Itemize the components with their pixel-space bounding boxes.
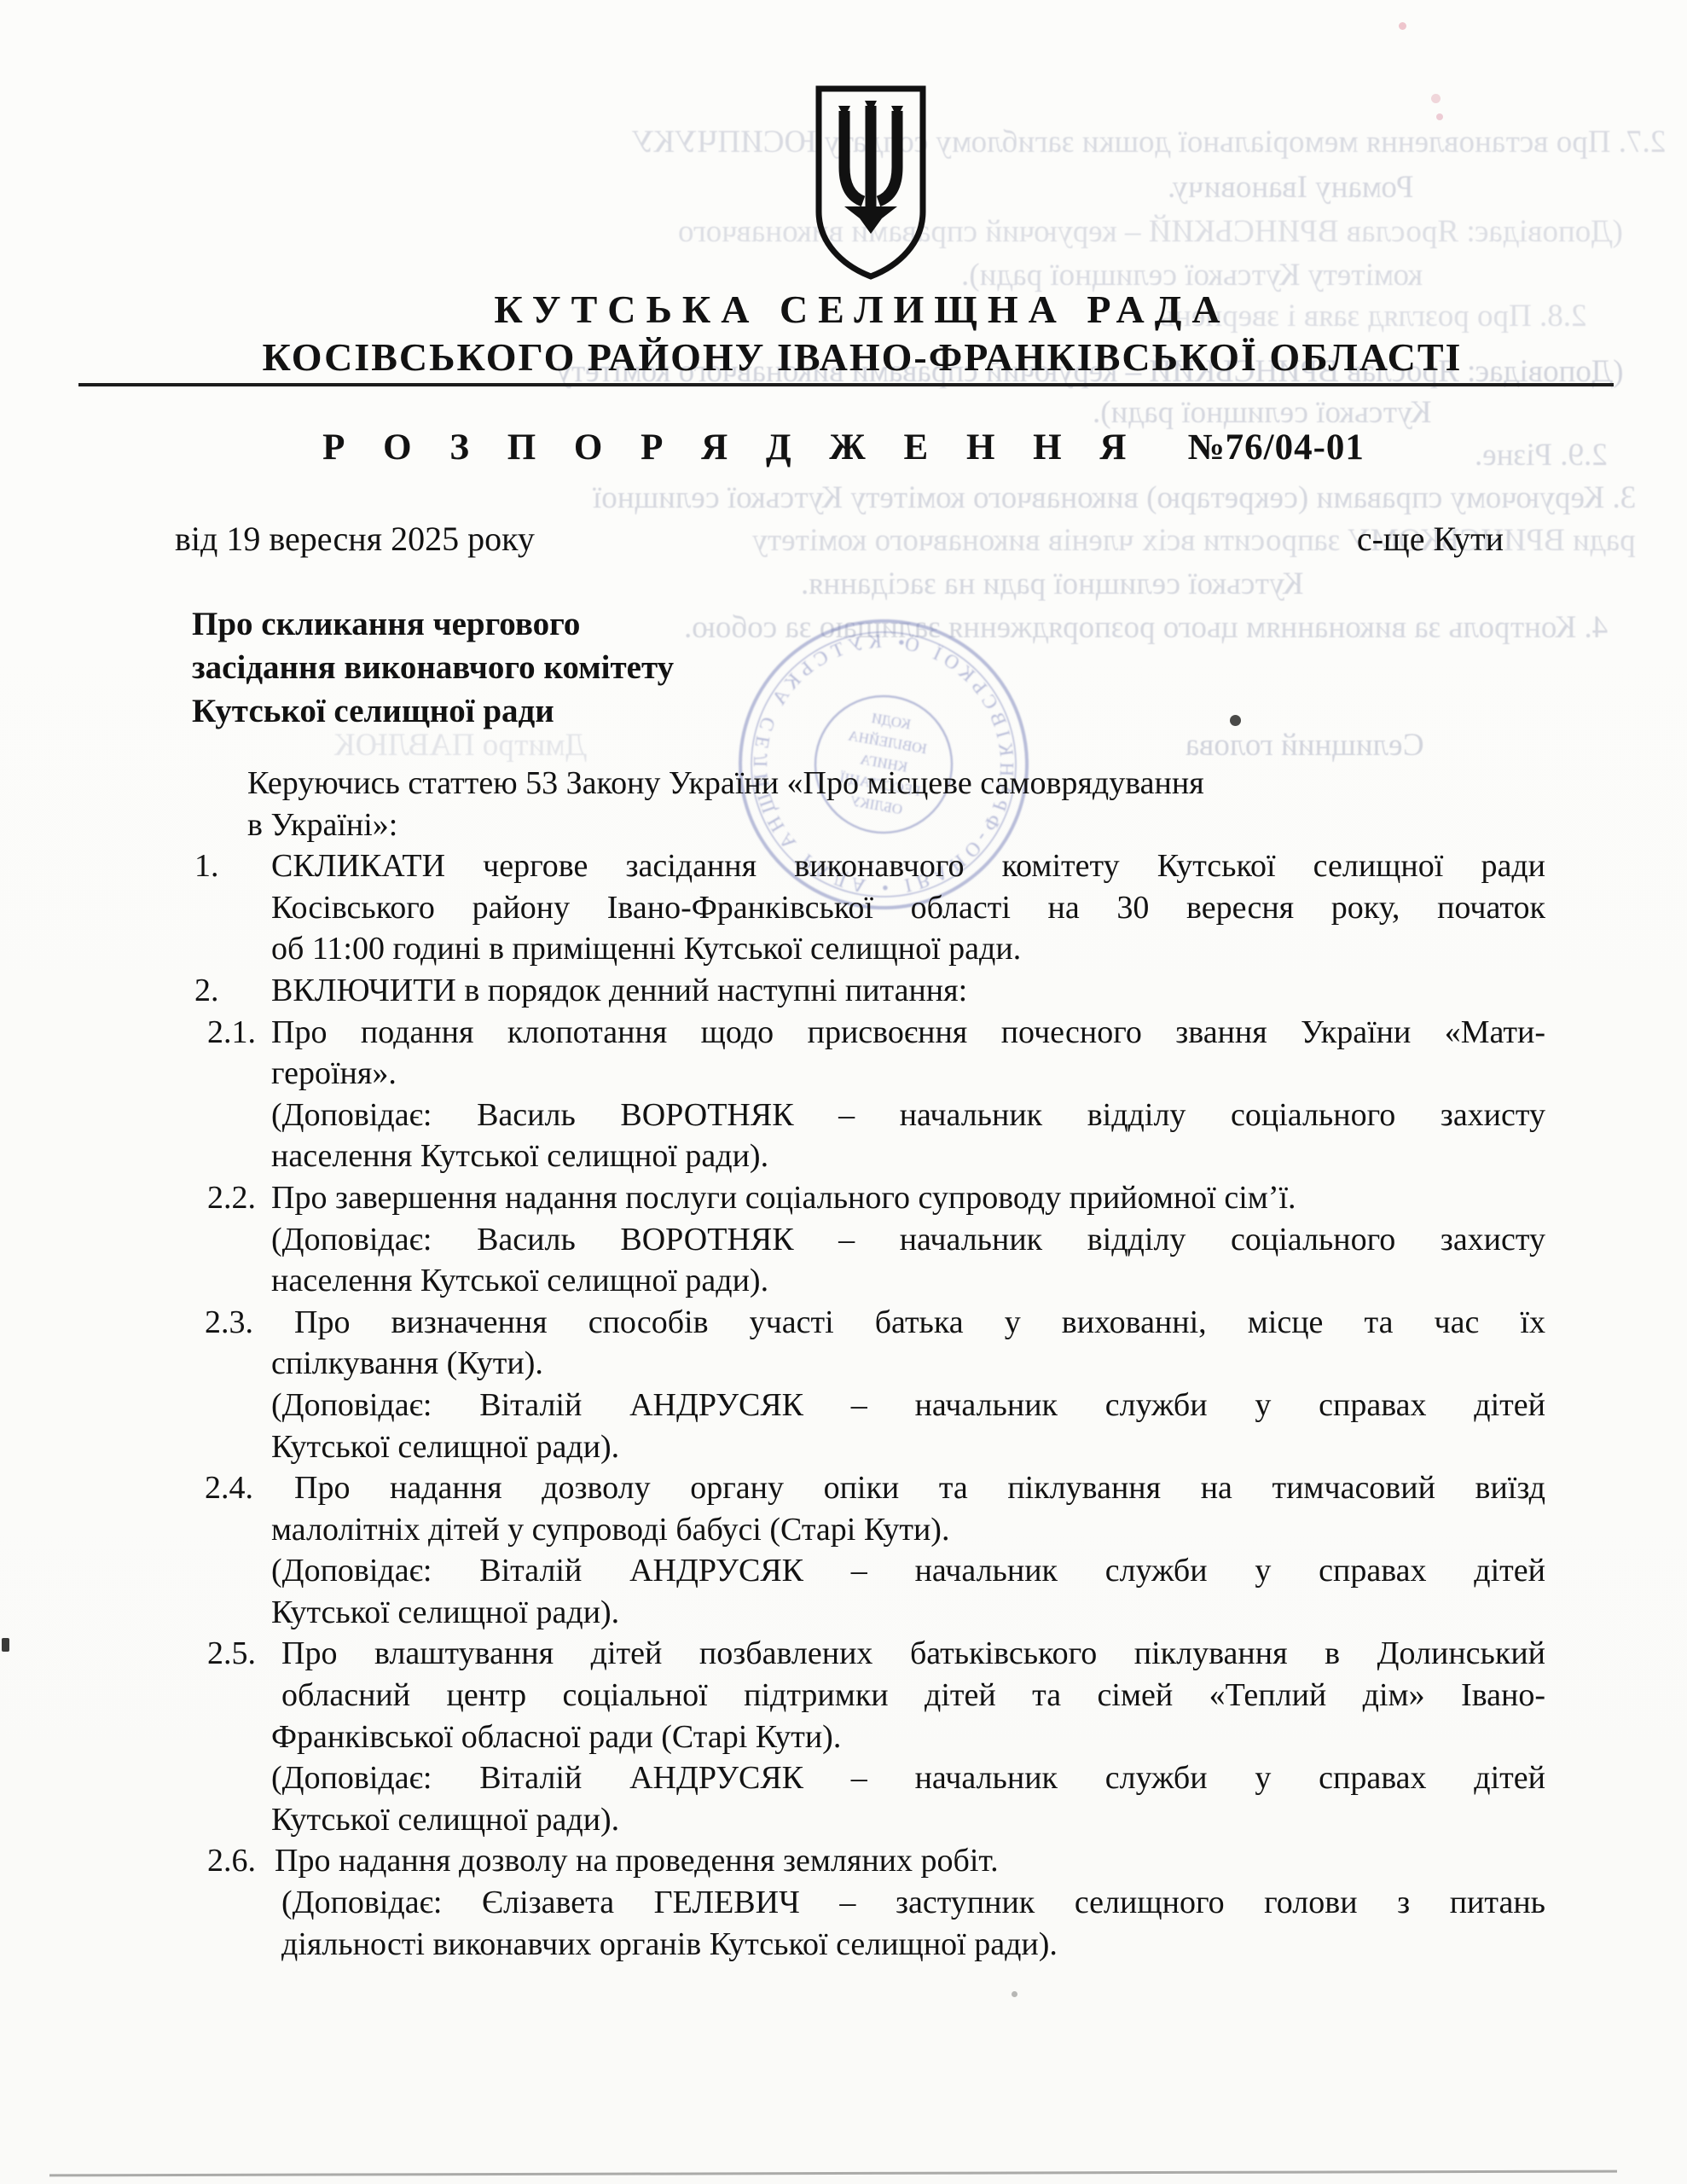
body-line: Кутської селищної ради).	[271, 1426, 1687, 1468]
body-line: Кутської селищної ради).	[271, 1592, 1687, 1634]
body-line: Кутської селищної ради).	[271, 1799, 1687, 1841]
pink-speck	[1431, 94, 1441, 103]
ukraine-trident-emblem-icon	[810, 82, 931, 285]
body-line: діяльності виконавчих органів Кутської с…	[281, 1924, 1687, 1966]
document-number: №76/04-01	[1187, 427, 1364, 468]
body-line: (Доповідає: Василь ВОРОТНЯК – начальник …	[271, 1219, 1545, 1261]
scan-edge-line	[49, 2170, 1617, 2177]
body-line: малолітніх дітей у супроводі бабусі (Ста…	[271, 1509, 1687, 1551]
bleedthrough-line: Кутської селищної ради).	[1093, 394, 1431, 431]
body-line: Керуючись статтею 53 Закону України «Про…	[247, 763, 1687, 804]
body-line: (Доповідає: Василь ВОРОТНЯК – начальник …	[271, 1095, 1545, 1136]
bleedthrough-line: Роману Івановичу.	[1168, 169, 1414, 206]
body-line: Косівського району Івано-Франківської об…	[271, 887, 1545, 929]
body-line: в Україні»:	[247, 804, 1687, 846]
body-line: (Доповідає: Єлізавета ГЕЛЕВИЧ – заступни…	[281, 1882, 1545, 1924]
document-place: с-ще Кути	[1357, 517, 1504, 561]
date-place-line: від 19 вересня 2025 року с-ще Кути	[0, 517, 1687, 561]
pink-speck	[1436, 113, 1443, 120]
body-line: населення Кутської селищної ради).	[271, 1260, 1687, 1302]
body-line: (Доповідає: Віталій АНДРУСЯК – начальник…	[271, 1550, 1545, 1592]
bleedthrough-line: 2.7. Про встановлення меморіальної дошки…	[632, 124, 1666, 160]
edge-mark	[2, 1638, 9, 1652]
body-line: 2.3.Про визначення способів участі батьк…	[294, 1302, 1545, 1344]
body-line: 1.СКЛИКАТИ чергове засідання виконавчого…	[271, 845, 1545, 887]
body-line: населення Кутської селищної ради).	[271, 1136, 1687, 1177]
body-line: 2.ВКЛЮЧИТИ в порядок денний наступні пит…	[271, 970, 1687, 1012]
bleedthrough-line: 3. Керуючому справами (секретарю) викона…	[593, 479, 1636, 516]
document-title-line: Р О З П О Р Я Д Ж Е Н Н Я№76/04-01	[0, 427, 1687, 468]
body-line: об 11:00 годині в приміщенні Кутської се…	[271, 928, 1687, 970]
document-body: Керуючись статтею 53 Закону України «Про…	[0, 763, 1687, 1965]
body-line: 2.1.Про подання клопотання щодо присвоєн…	[271, 1012, 1545, 1054]
seal-center-line: ЮВІЛЕЙНА	[846, 727, 928, 757]
document-subject: Про скликання чергового засідання викона…	[192, 602, 674, 733]
body-line: Франківської обласної ради (Старі Кути).	[271, 1716, 1687, 1758]
region-name: КОСІВСЬКОГО РАЙОНУ ІВАНО-ФРАНКІВСЬКОЇ ОБ…	[19, 334, 1687, 380]
bleedthrough-signature-title: Селищний голова	[1186, 727, 1424, 764]
body-line: (Доповідає: Віталій АНДРУСЯК – начальник…	[271, 1757, 1545, 1799]
subject-line: засідання виконавчого комітету	[192, 646, 674, 689]
body-line: героїня».	[271, 1053, 1687, 1095]
body-line: 2.2.Про завершення надання послуги соціа…	[271, 1177, 1687, 1219]
body-line: 2.4.Про надання дозволу органу опіки та …	[294, 1467, 1545, 1509]
bleedthrough-line: Кутської селищної ради на засідання.	[801, 566, 1303, 602]
seal-center-line: КОДИ	[871, 710, 913, 733]
header-divider	[78, 383, 1614, 386]
scanned-document-page: 2.7. Про встановлення меморіальної дошки…	[0, 0, 1687, 2184]
pink-speck	[1399, 22, 1406, 30]
ink-speck	[1230, 715, 1241, 726]
body-line: (Доповідає: Віталій АНДРУСЯК – начальник…	[271, 1385, 1545, 1426]
document-date: від 19 вересня 2025 року	[175, 517, 535, 561]
body-line: спілкування (Кути).	[271, 1343, 1687, 1385]
document-type: Р О З П О Р Я Д Ж Е Н Н Я	[322, 427, 1140, 468]
subject-line: Про скликання чергового	[192, 602, 674, 646]
dust-speck	[1012, 1991, 1017, 1997]
subject-line: Кутської селищної ради	[192, 689, 674, 733]
council-name: КУТСЬКА СЕЛИЩНА РАДА	[19, 287, 1687, 332]
body-line: обласний центр соціальної підтримки діте…	[281, 1675, 1545, 1716]
body-line: 2.6.Про надання дозволу на проведення зе…	[275, 1840, 1687, 1882]
body-line: 2.5.Про влаштування дітей позбавлених ба…	[281, 1633, 1545, 1675]
